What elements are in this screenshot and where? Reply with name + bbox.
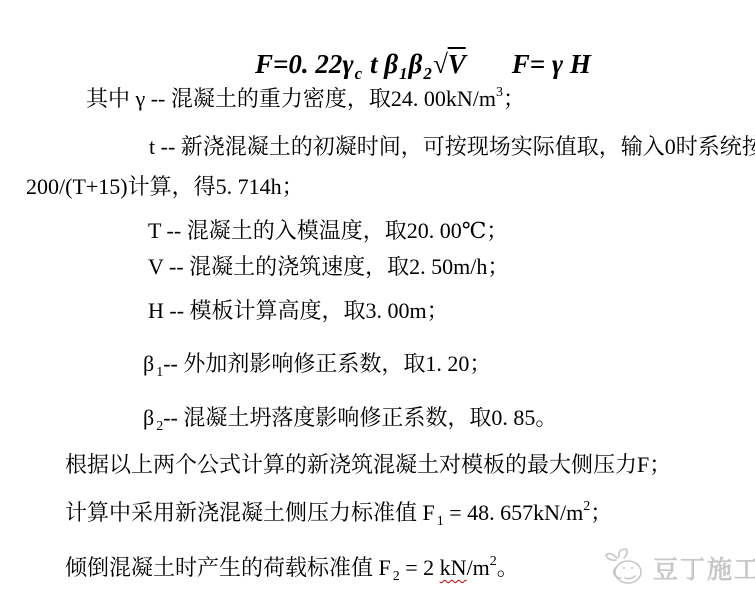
beta1-symbol-def: β	[143, 351, 154, 376]
def-t-line-1: t -- 新浇混凝土的初凝时间，可按现场实际值取，输入0时系统按	[149, 132, 755, 162]
def-V-text: V -- 混凝土的浇筑速度，取2. 50m/h；	[148, 254, 509, 279]
gamma-subscript-c: c	[355, 64, 363, 83]
def-gamma-line: 其中 γ -- 混凝土的重力密度，取24. 00kN/m3；	[86, 84, 525, 118]
beta1-subscript-def: 1	[156, 365, 163, 380]
kn-unit-spellchecked: kN	[440, 555, 467, 580]
def-t-continuation: 200/(T+15)计算，得5. 714h；	[26, 174, 304, 199]
beta2-symbol-def: β	[143, 405, 154, 430]
beta1-symbol: β	[384, 49, 398, 79]
def-V-line: V -- 混凝土的浇筑速度，取2. 50m/h；	[148, 252, 509, 282]
def-beta1-line: β1-- 外加剂影响修正系数，取1. 20；	[143, 349, 491, 383]
watermark-brand-text: 豆丁施工	[653, 550, 755, 586]
formula-lead: F=0. 22	[255, 49, 342, 79]
def-t-text: t -- 新浇混凝土的初凝时间，可按现场实际值取，输入0时系统按	[149, 134, 755, 159]
result-f1-punct: ；	[590, 500, 612, 525]
radical-sign: √	[433, 49, 448, 79]
watermark: 豆丁施工	[604, 547, 755, 589]
result-summary-text: 根据以上两个公式计算的新浇筑混凝土对模板的最大侧压力F；	[65, 452, 671, 477]
beta2-symbol: β	[409, 49, 423, 79]
def-beta1-text: -- 外加剂影响修正系数，取1. 20；	[163, 351, 491, 376]
f1-subscript: 1	[437, 514, 444, 529]
result-f2-unit-denominator: /m	[467, 555, 490, 580]
formula-hydrostatic: F= γ H	[512, 49, 591, 79]
result-f2-line: 倾倒混凝土时产生的荷载标准值 F2 = 2 kN/m2。	[65, 553, 519, 587]
document-page: F=0. 22γc t β1β2√VF= γ H 其中 γ -- 混凝土的重力密…	[0, 0, 755, 600]
superscript-2: 2	[583, 499, 590, 514]
def-beta2-text: -- 混凝土坍落度影响修正系数，取0. 85。	[163, 405, 557, 430]
result-f1-line: 计算中采用新浇混凝土侧压力标准值 F1 = 48. 657kN/m2；	[65, 498, 612, 532]
formula-max-lateral-pressure: F=0. 22γc t β1β2√V	[255, 49, 466, 79]
def-T-line: T -- 混凝土的入模温度，取20. 00℃；	[148, 216, 508, 246]
radicand-V: V	[448, 49, 466, 79]
def-T-text: T -- 混凝土的入模温度，取20. 00℃；	[148, 218, 508, 243]
result-f2-punct: 。	[497, 555, 519, 580]
beta2-subscript: 2	[423, 64, 432, 83]
f2-subscript: 2	[393, 569, 400, 584]
def-gamma-punct: ；	[503, 86, 525, 111]
docin-logo-icon	[604, 547, 650, 589]
def-H-line: H -- 模板计算高度，取3. 00m；	[148, 296, 449, 326]
result-f1-text: 计算中采用新浇混凝土侧压力标准值 F	[65, 500, 435, 525]
result-f1-value: = 48. 657kN/m	[444, 500, 584, 525]
result-f2-value: = 2	[400, 555, 440, 580]
superscript-2b: 2	[490, 554, 497, 569]
beta1-subscript: 1	[399, 64, 408, 83]
def-beta2-line: β2-- 混凝土坍落度影响修正系数，取0. 85。	[143, 403, 557, 437]
def-t-line-2: 200/(T+15)计算，得5. 714h；	[26, 172, 304, 202]
gamma-symbol: γ	[342, 49, 353, 79]
beta2-subscript-def: 2	[156, 419, 163, 434]
superscript-3: 3	[496, 85, 503, 100]
def-gamma-text: 其中 γ -- 混凝土的重力密度，取24. 00kN/m	[86, 86, 496, 111]
result-f2-text: 倾倒混凝土时产生的荷载标准值 F	[65, 555, 391, 580]
def-H-text: H -- 模板计算高度，取3. 00m；	[148, 298, 449, 323]
t-term: t	[363, 49, 384, 79]
result-summary-line: 根据以上两个公式计算的新浇筑混凝土对模板的最大侧压力F；	[65, 450, 671, 480]
